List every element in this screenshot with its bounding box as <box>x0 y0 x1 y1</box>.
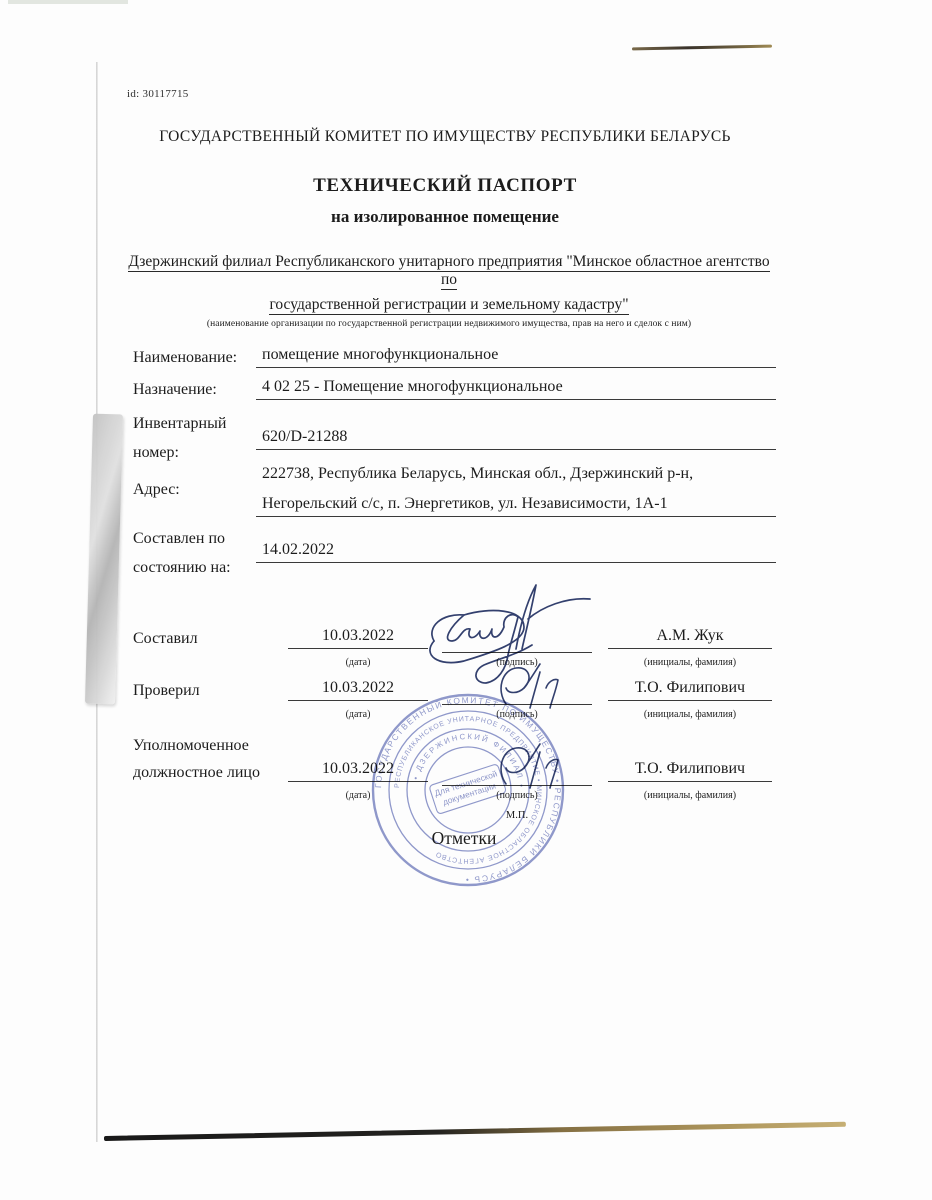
field-label-address: Адрес: <box>133 481 180 499</box>
sig-date-compiler: 10.03.2022 <box>288 627 428 649</box>
caption-date: (дата) <box>288 657 428 668</box>
sig-name-official: Т.О. Филипович <box>608 760 772 782</box>
field-value-purpose: 4 02 25 - Помещение многофункциональное <box>256 378 776 400</box>
organization-line1: Дзержинский филиал Республиканского унит… <box>125 253 773 289</box>
caption-name: (инициалы, фамилия) <box>608 709 772 720</box>
caption-name: (инициалы, фамилия) <box>608 657 772 668</box>
scan-edge-artifact-top <box>8 0 128 4</box>
field-value-inventory: 620/D-21288 <box>256 428 776 450</box>
field-label-name: Наименование: <box>133 349 237 367</box>
sig-role-official-2: должностное лицо <box>133 764 260 782</box>
issuing-authority: ГОСУДАРСТВЕННЫЙ КОМИТЕТ ПО ИМУЩЕСТВУ РЕС… <box>120 128 770 146</box>
document-title: ТЕХНИЧЕСКИЙ ПАСПОРТ <box>120 175 770 197</box>
document-subtitle: на изолированное помещение <box>120 207 770 227</box>
field-label-inventory-1: Инвентарный <box>133 415 226 433</box>
sig-role-official-1: Уполномоченное <box>133 737 249 755</box>
document-id: id: 30117715 <box>127 88 189 100</box>
field-value-asof: 14.02.2022 <box>256 541 776 563</box>
field-label-asof-1: Составлен по <box>133 530 225 548</box>
sig-role-compiler: Составил <box>133 630 198 648</box>
paper-fold-artifact <box>85 414 123 705</box>
organization-block: Дзержинский филиал Республиканского унит… <box>125 253 773 329</box>
field-value-name: помещение многофункциональное <box>256 346 776 368</box>
sig-role-checker: Проверил <box>133 682 200 700</box>
field-value-address-2: Негорельский с/с, п. Энергетиков, ул. Не… <box>256 495 776 517</box>
field-label-asof-2: состоянию на: <box>133 559 231 577</box>
field-value-address-1: 222738, Республика Беларусь, Минская обл… <box>256 465 776 486</box>
field-label-inventory-2: номер: <box>133 444 179 462</box>
stamp-center: Для технической документации <box>429 764 507 815</box>
scan-edge-artifact-topright <box>632 45 772 51</box>
organization-line2: государственной регистрации и земельному… <box>125 296 773 314</box>
field-label-purpose: Назначение: <box>133 381 217 399</box>
sig-name-checker: Т.О. Филипович <box>608 679 772 701</box>
organization-caption: (наименование организации по государстве… <box>125 319 773 329</box>
paper-bottom-edge <box>104 1122 846 1141</box>
scanned-document-page: id: 30117715 ГОСУДАРСТВЕННЫЙ КОМИТЕТ ПО … <box>0 0 932 1200</box>
sig-name-compiler: А.М. Жук <box>608 627 772 649</box>
caption-name: (инициалы, фамилия) <box>608 790 772 801</box>
round-stamp: ГОСУДАРСТВЕННЫЙ КОМИТЕТ ПО ИМУЩЕСТВУ • Р… <box>368 690 568 890</box>
